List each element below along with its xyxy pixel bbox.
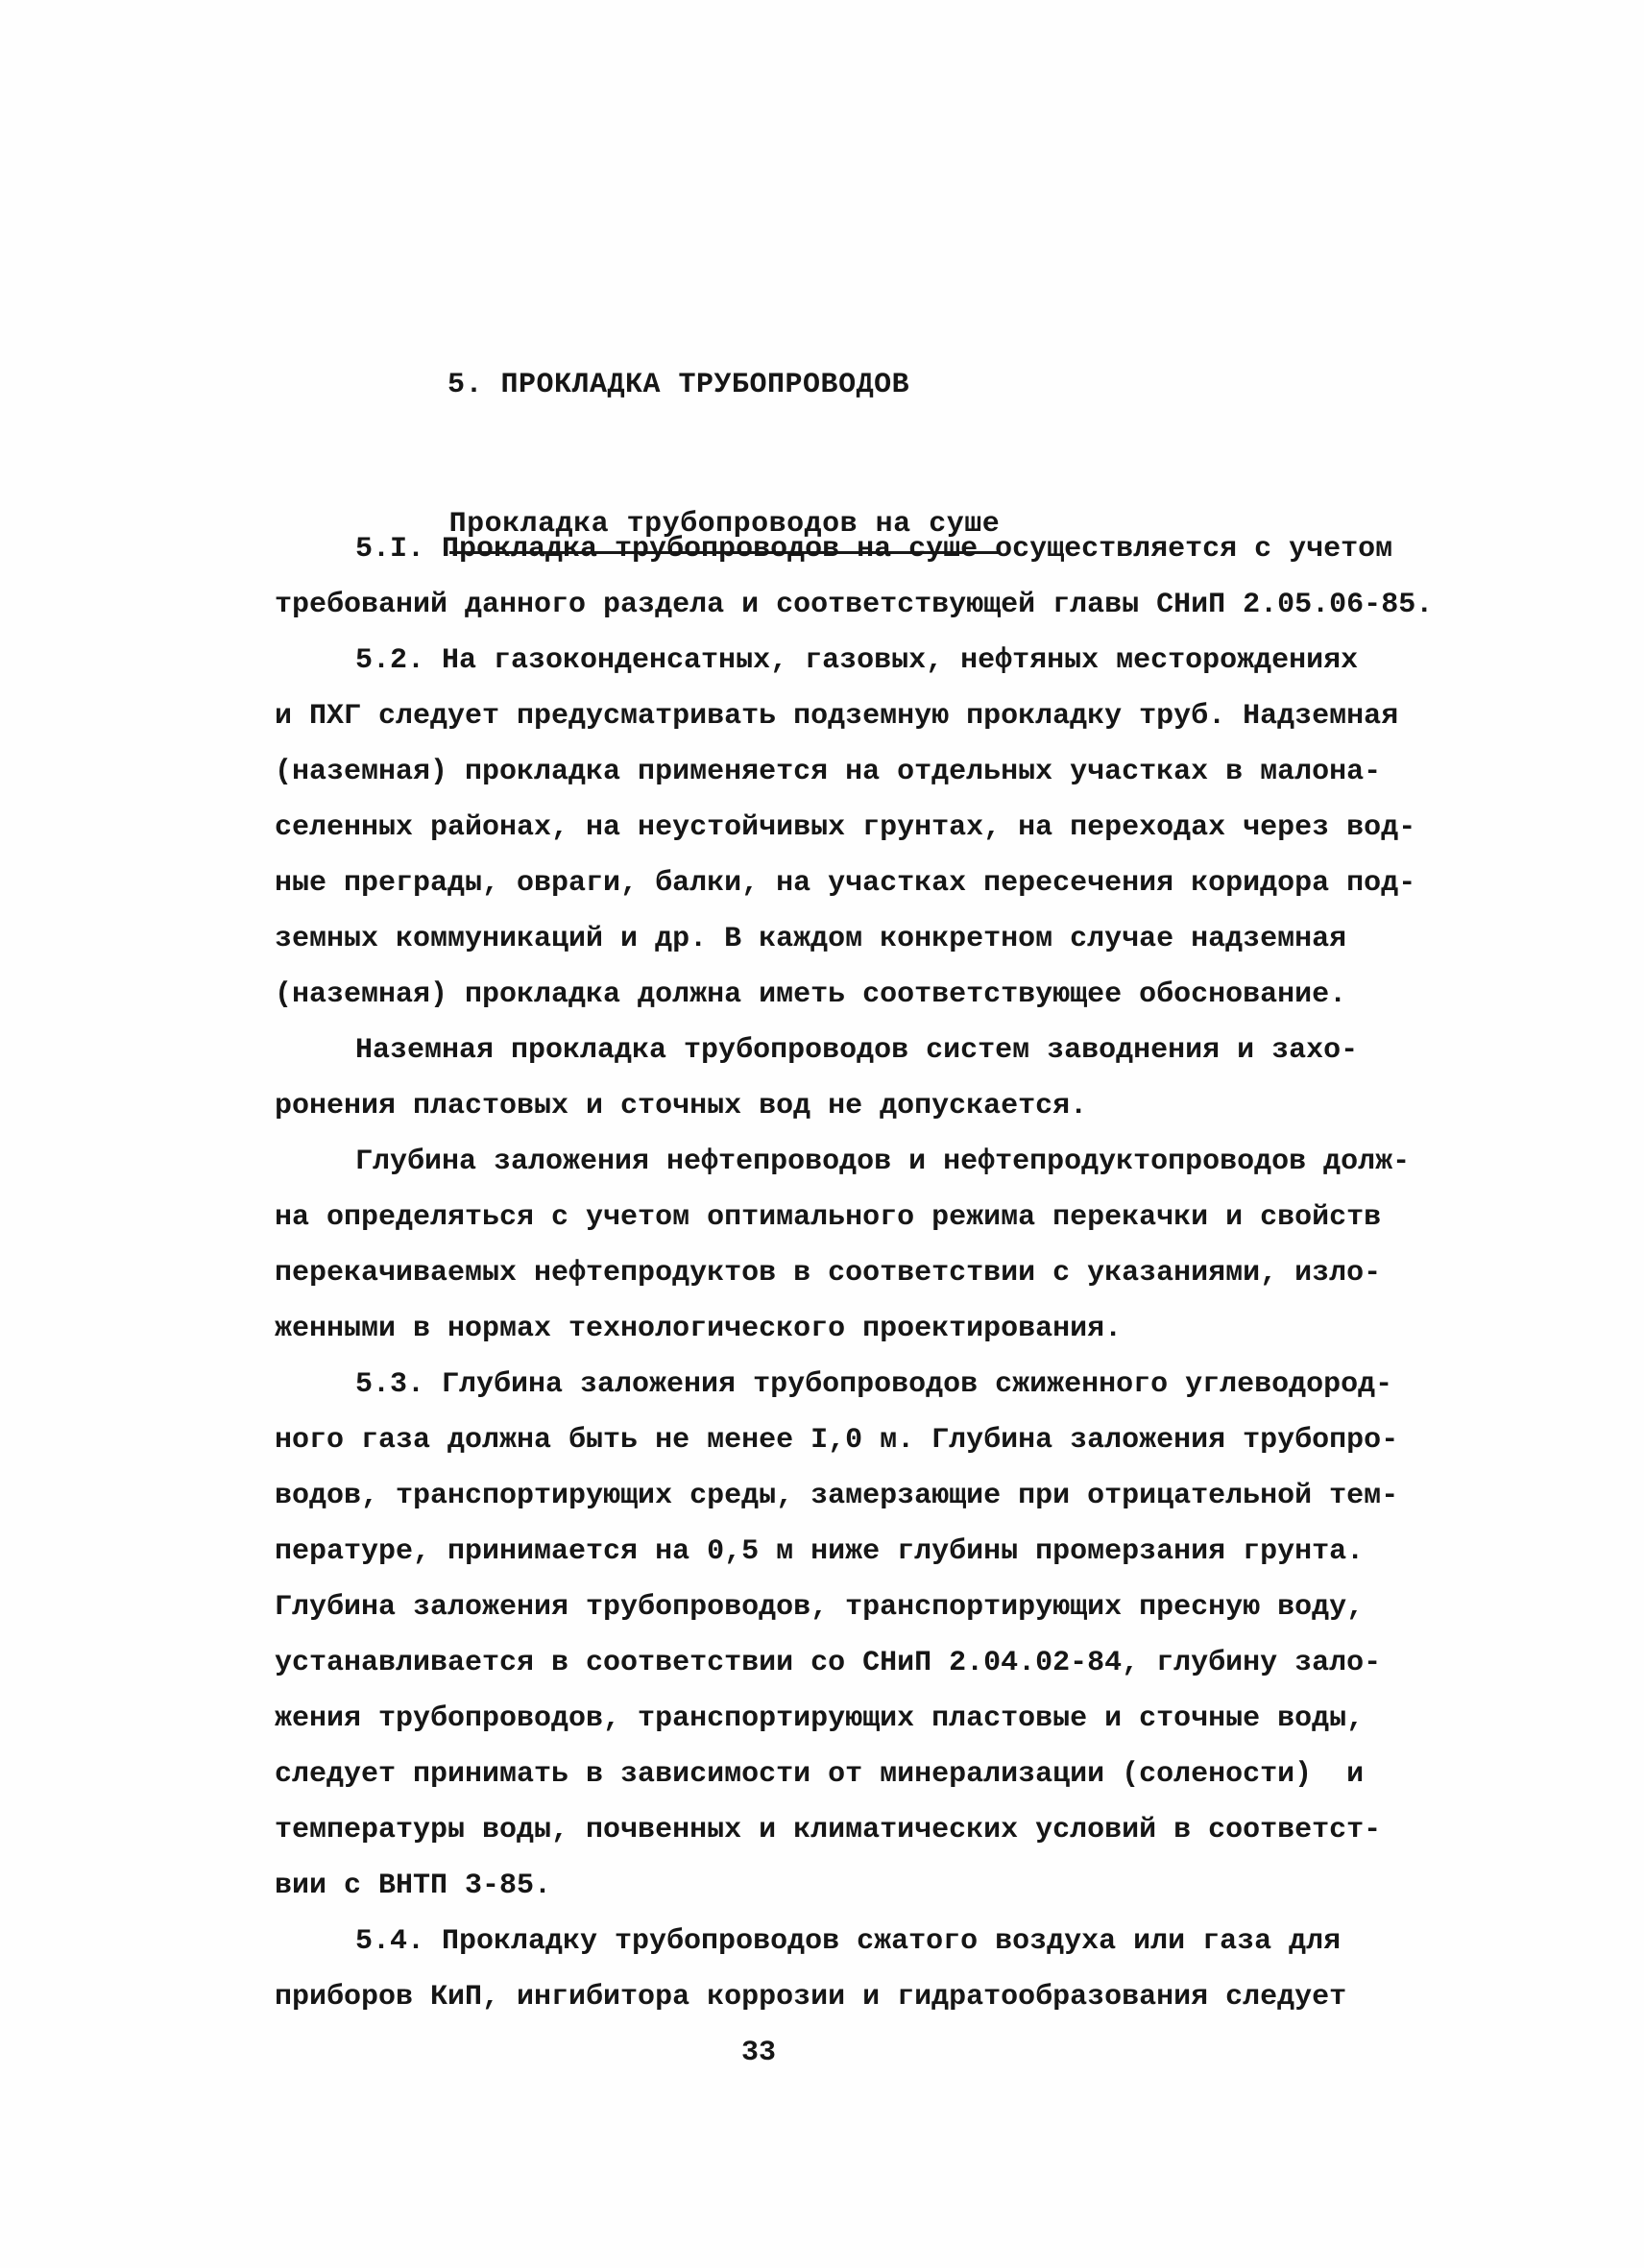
- text-line: следует принимать в зависимости от минер…: [275, 1747, 1504, 1802]
- text-line: требований данного раздела и соответству…: [275, 577, 1504, 633]
- text-line: селенных районах, на неустойчивых грунта…: [275, 800, 1504, 856]
- text-line: Наземная прокладка трубопроводов систем …: [275, 1023, 1504, 1078]
- text-line: 5.4. Прокладку трубопроводов сжатого воз…: [275, 1914, 1504, 1969]
- text-line: на определяться с учетом оптимального ре…: [275, 1190, 1504, 1245]
- text-line: водов, транспортирующих среды, замерзающ…: [275, 1468, 1504, 1524]
- text-line: и ПХГ следует предусматривать подземную …: [275, 688, 1504, 744]
- text-line: перекачиваемых нефтепродуктов в соответс…: [275, 1245, 1504, 1301]
- section-title: 5. ПРОКЛАДКА ТРУБОПРОВОДОВ: [275, 357, 1504, 413]
- text-line: 5.I. Прокладка трубопроводов на суше осу…: [275, 521, 1504, 577]
- text-line: 5.2. На газоконденсатных, газовых, нефтя…: [275, 633, 1504, 688]
- scanned-document-page: 5. ПРОКЛАДКА ТРУБОПРОВОДОВ Прокладка тру…: [0, 0, 1644, 2268]
- body-text: 5.I. Прокладка трубопроводов на суше осу…: [275, 521, 1504, 2025]
- text-line: ные преграды, овраги, балки, на участках…: [275, 856, 1504, 911]
- text-line: Глубина заложения трубопроводов, транспо…: [275, 1580, 1504, 1635]
- text-line: ронения пластовых и сточных вод не допус…: [275, 1078, 1504, 1134]
- text-line: пературе, принимается на 0,5 м ниже глуб…: [275, 1524, 1504, 1580]
- text-line: жения трубопроводов, транспортирующих пл…: [275, 1691, 1504, 1747]
- text-line: (наземная) прокладка должна иметь соотве…: [275, 967, 1504, 1023]
- text-block: 5. ПРОКЛАДКА ТРУБОПРОВОДОВ Прокладка тру…: [275, 357, 1504, 2081]
- text-line: Глубина заложения нефтепроводов и нефтеп…: [275, 1134, 1504, 1190]
- text-line: женными в нормах технологического проект…: [275, 1301, 1504, 1357]
- text-line: приборов КиП, ингибитора коррозии и гидр…: [275, 1969, 1504, 2025]
- page-number: 33: [741, 2025, 1504, 2081]
- text-line: 5.3. Глубина заложения трубопроводов сжи…: [275, 1357, 1504, 1412]
- text-line: ного газа должна быть не менее I,0 м. Гл…: [275, 1412, 1504, 1468]
- text-line: вии с ВНТП 3-85.: [275, 1858, 1504, 1914]
- text-line: устанавливается в соответствии со СНиП 2…: [275, 1635, 1504, 1691]
- text-line: (наземная) прокладка применяется на отде…: [275, 744, 1504, 800]
- subsection-title-row: Прокладка трубопроводов на суше: [275, 444, 1504, 499]
- text-line: температуры воды, почвенных и климатичес…: [275, 1802, 1504, 1858]
- text-line: земных коммуникаций и др. В каждом конкр…: [275, 911, 1504, 967]
